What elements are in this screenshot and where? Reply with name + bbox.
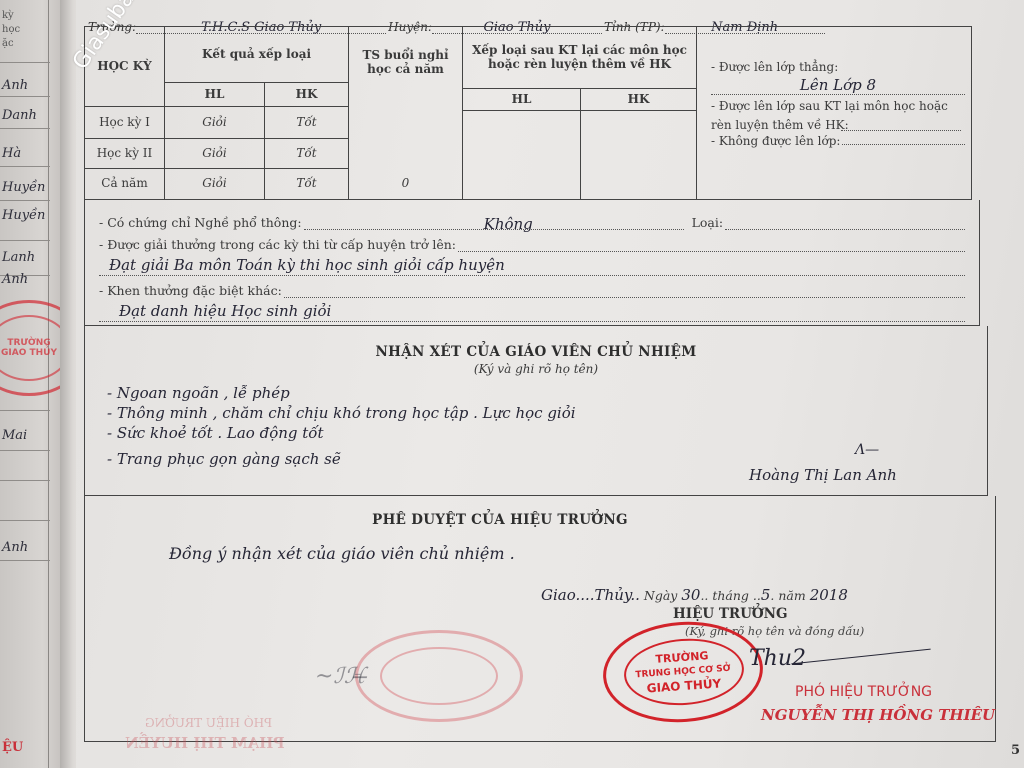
comment-line: - Thông minh , chăm chỉ chịu khó trong h… <box>107 404 576 422</box>
not-promoted-value <box>842 131 965 145</box>
left-row-line <box>0 240 50 241</box>
not-promoted-label: - Không được lên lớp: <box>711 131 840 151</box>
left-hand-fragment: Lanh <box>2 250 35 265</box>
results-table: HỌC KỲ Kết quả xếp loại HL HK TS buổi ng… <box>84 26 972 200</box>
term-label: Cả năm <box>85 169 165 199</box>
principal-signature: Thu2 <box>749 646 806 671</box>
left-row-line <box>0 128 50 129</box>
left-hand-fragment: Huyền <box>2 208 45 223</box>
special-fill <box>284 284 965 298</box>
comment-line: - Trang phục gọn gàng sạch sẽ <box>107 450 341 468</box>
comment-line: - Sức khoẻ tốt . Lao động tốt <box>107 424 324 442</box>
date-year: 2018 <box>810 586 848 604</box>
teacher-signature: Λ— <box>855 442 879 458</box>
term-hk-value: Tốt <box>265 139 349 169</box>
type-value <box>725 216 965 230</box>
left-row-line <box>0 166 50 167</box>
special-award-value-line: Đạt danh hiệu Học sinh giỏi <box>99 298 965 322</box>
term-hl-value: Giỏi <box>165 107 265 139</box>
header-retest-hl: HL <box>463 89 581 111</box>
term-label: Học kỳ I <box>85 107 165 139</box>
competition-row: - Được giải thưởng trong các kỳ thi từ c… <box>99 230 965 252</box>
promotion-box: - Được lên lớp thẳng: Lên Lớp 8 - Được l… <box>703 27 971 199</box>
teacher-comment-section: NHẬN XÉT CỦA GIÁO VIÊN CHỦ NHIỆM (Ký và … <box>84 326 988 496</box>
header-hk: HK <box>265 83 349 107</box>
teacher-comment-subtitle: (Ký và ghi rõ họ tên) <box>85 362 987 376</box>
left-row-line <box>0 480 50 481</box>
left-red-fragment: ỆU <box>2 740 23 755</box>
principal-role-heading: HIỆU TRƯỞNG <box>673 606 788 622</box>
left-row-line <box>0 200 50 201</box>
principal-approval-section: PHÊ DUYỆT CỦA HIỆU TRƯỞNG Đồng ý nhận xé… <box>84 496 996 742</box>
left-hand-fragment: Hà <box>2 146 21 161</box>
date-month: 5 <box>761 586 771 604</box>
ghost-stamp <box>355 630 523 722</box>
left-row-line <box>0 520 50 521</box>
teacher-name: Hoàng Thị Lan Anh <box>749 466 897 484</box>
ghost-signer-name: PHẠM THỊ HUYỀN <box>125 734 285 752</box>
competition-value: Đạt giải Ba môn Toán kỳ thi học sinh giỏ… <box>109 256 505 274</box>
signature-stroke <box>791 649 930 665</box>
date-line: Giao....Thủy.. Ngày 30.. tháng ..5. năm … <box>541 586 848 604</box>
left-printed-fragment: ặc <box>2 38 14 49</box>
retest-hl-value <box>463 111 581 199</box>
type-label: Loại: <box>692 215 724 230</box>
term-hl-value: Giỏi <box>165 169 265 199</box>
header-retest-hk: HK <box>581 89 697 111</box>
vocational-cert-row: - Có chứng chỉ Nghề phổ thông: Không Loạ… <box>99 208 965 230</box>
header-retest: Xếp loại sau KT lại các môn học hoặc rèn… <box>463 27 697 89</box>
term-hk-value: Tốt <box>265 169 349 199</box>
page-number: 5 <box>1011 743 1020 758</box>
left-hand-fragment: Mai <box>2 428 27 443</box>
term-hk-value: Tốt <box>265 107 349 139</box>
promoted-value: Lên Lớp 8 <box>711 77 965 95</box>
left-printed-fragment: học <box>2 24 20 35</box>
left-row-line <box>0 410 50 411</box>
signer-title: PHÓ HIỆU TRƯỞNG <box>795 684 932 700</box>
awards-section: - Có chứng chỉ Nghề phổ thông: Không Loạ… <box>84 200 980 326</box>
vocational-cert-field: Không <box>304 216 684 230</box>
header-ket-qua: Kết quả xếp loại <box>165 27 349 83</box>
left-hand-fragment: Anh <box>2 540 28 555</box>
left-hand-fragment: Anh <box>2 78 28 93</box>
left-hand-fragment: Huyền <box>2 180 45 195</box>
left-row-line <box>0 450 50 451</box>
ghost-signer-title: PHÓ HIỆU TRƯỞNG <box>145 716 272 730</box>
competition-value-line: Đạt giải Ba môn Toán kỳ thi học sinh giỏ… <box>99 252 965 276</box>
date-day-label: Ngày <box>644 588 677 603</box>
left-hand-fragment: Danh <box>2 108 37 123</box>
comment-line: - Ngoan ngoãn , lễ phép <box>107 384 290 402</box>
record-page: Giasubaochau.net Trường: T.H.C.S Giao Th… <box>76 0 1024 768</box>
header-hl: HL <box>165 83 265 107</box>
date-place: Giao....Thủy.. <box>541 586 640 604</box>
special-award-label: - Khen thưởng đặc biệt khác: <box>99 283 282 298</box>
signer-name: NGUYỄN THỊ HỒNG THIÊU <box>761 706 995 724</box>
competition-fill <box>458 238 965 252</box>
left-printed-fragment: kỳ <box>2 10 14 21</box>
competition-label: - Được giải thưởng trong các kỳ thi từ c… <box>99 237 456 252</box>
left-row-line <box>0 62 50 63</box>
retest-hk-value <box>581 111 697 199</box>
special-award-value: Đạt danh hiệu Học sinh giỏi <box>119 302 331 320</box>
special-award-row: - Khen thưởng đặc biệt khác: <box>99 276 965 298</box>
ghost-signature: ~ℐℋ̶ <box>315 664 366 689</box>
principal-comment: Đồng ý nhận xét của giáo viên chủ nhiệm … <box>169 544 515 563</box>
teacher-comment-title: NHẬN XÉT CỦA GIÁO VIÊN CHỦ NHIỆM <box>85 344 987 360</box>
date-month-label: tháng <box>712 588 749 603</box>
date-day: 30 <box>681 586 700 604</box>
vocational-cert-value: Không <box>484 215 533 233</box>
date-year-label: năm <box>778 588 805 603</box>
absences-value: 0 <box>349 169 463 199</box>
left-row-line <box>0 96 50 97</box>
left-row-line <box>0 560 50 561</box>
promoted-label: - Được lên lớp thẳng: <box>711 57 965 77</box>
left-hand-fragment: Anh <box>2 272 28 287</box>
vocational-cert-label: - Có chứng chỉ Nghề phổ thông: <box>99 215 302 230</box>
not-promoted-row: - Không được lên lớp: <box>711 131 965 151</box>
term-label: Học kỳ II <box>85 139 165 169</box>
term-hl-value: Giỏi <box>165 139 265 169</box>
principal-title: PHÊ DUYỆT CỦA HIỆU TRƯỞNG <box>45 512 955 528</box>
